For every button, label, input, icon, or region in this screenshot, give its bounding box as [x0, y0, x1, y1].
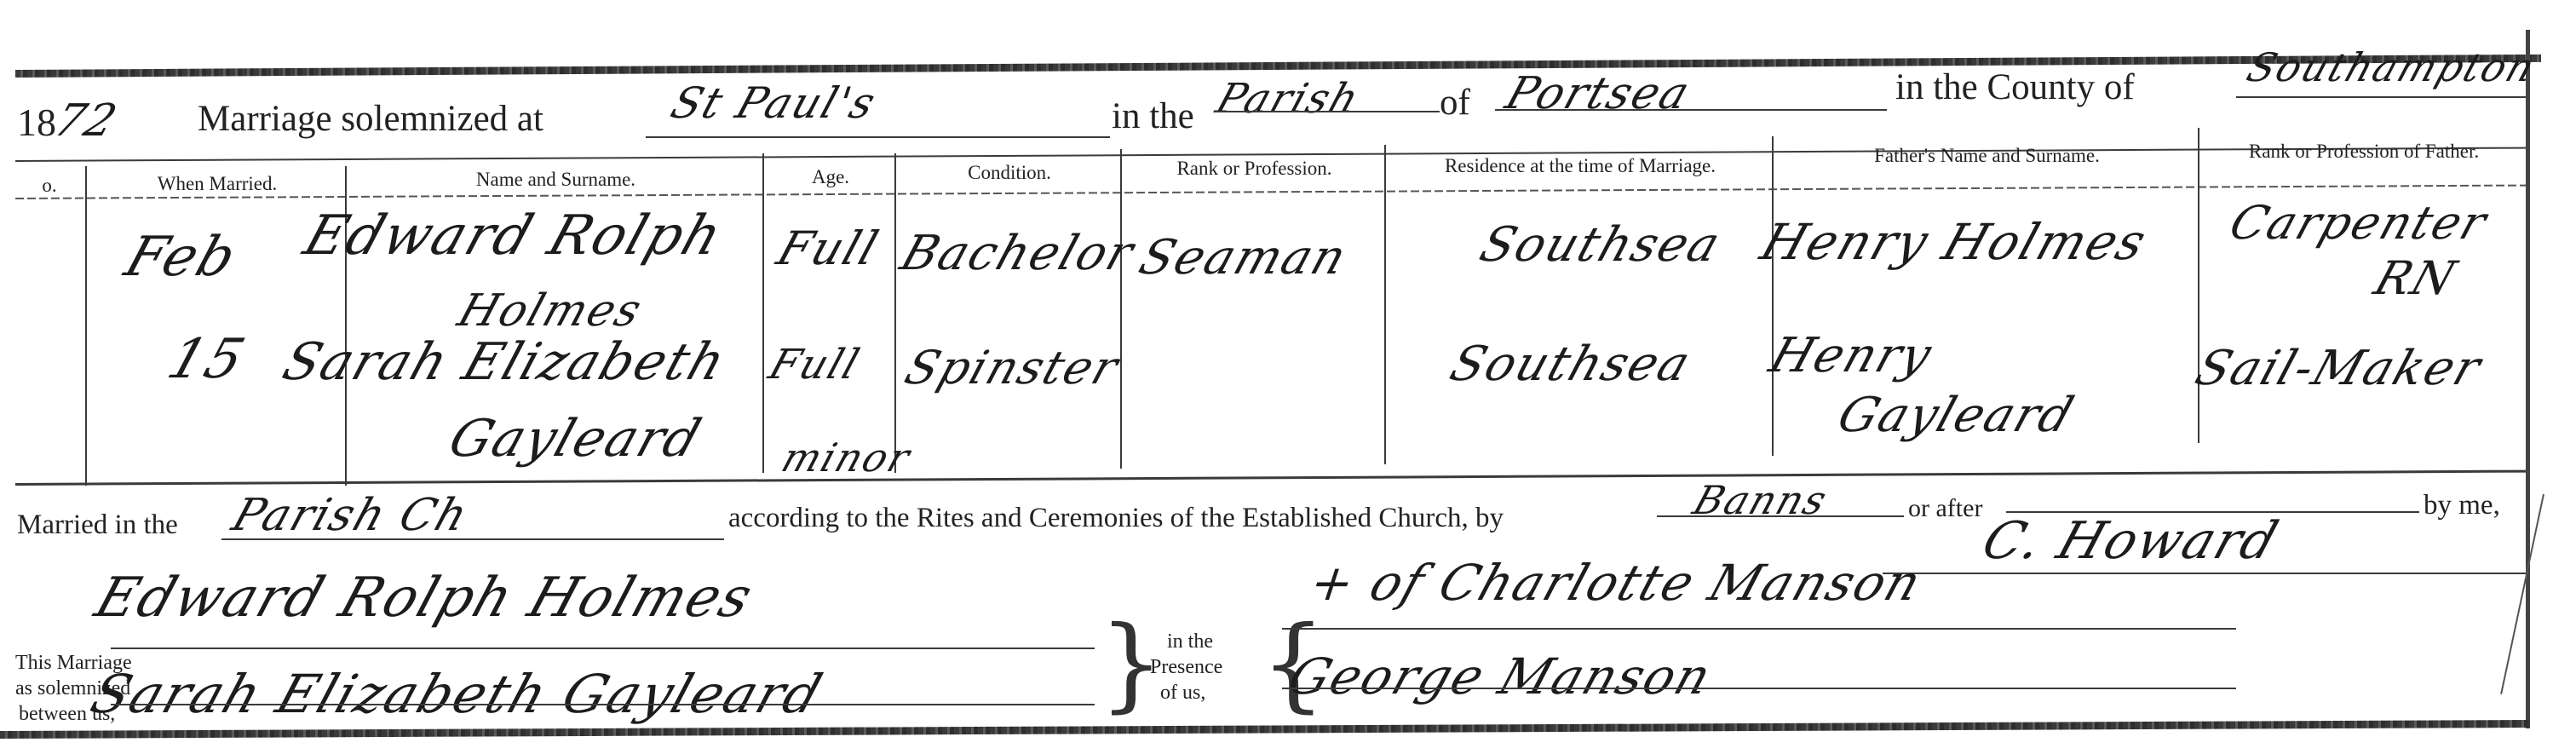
- bride-father-name-line2: Gayleard: [1831, 388, 2081, 443]
- marriage-register-entry: 1872 Marriage solemnized at St Paul's in…: [0, 0, 2576, 754]
- right-border: [2526, 30, 2530, 728]
- or-after-label: or after: [1908, 494, 1982, 523]
- groom-signature-underline: [111, 648, 1095, 649]
- bride-name-line2: Gayleard: [442, 409, 710, 469]
- col-header-rank: Rank or Profession.: [1124, 158, 1384, 180]
- presence-label-line1: in the: [1167, 630, 1213, 653]
- groom-name-line1: Edward Rolph: [296, 204, 731, 268]
- married-in-value: Parish Ch: [226, 490, 475, 541]
- solemnized-at-label: Marriage solemnized at: [198, 98, 543, 140]
- bride-father-name-line1: Henry: [1762, 328, 1940, 383]
- groom-name-line2: Holmes: [451, 285, 649, 337]
- bride-age-line3: minor: [776, 435, 917, 481]
- married-in-the-label: Married in the: [17, 509, 178, 541]
- witness2-signature: George Manson: [1281, 648, 1720, 705]
- col-divider-1: [85, 166, 87, 486]
- bride-signature-underline: [111, 704, 1095, 705]
- groom-residence: Southsea: [1473, 217, 1728, 273]
- bride-condition: Spinster: [899, 341, 1126, 394]
- district-type-underline: [1214, 111, 1440, 112]
- groom-father-rank-line2: RN: [2368, 251, 2464, 305]
- col-header-when-married: When Married.: [89, 173, 345, 195]
- solemnized-at-underline: [646, 136, 1110, 138]
- col-divider-5: [1120, 149, 1122, 469]
- top-border: [15, 55, 2541, 78]
- col-divider-3: [762, 153, 764, 473]
- solemnized-at-value: St Paul's: [665, 78, 883, 128]
- col-header-father-rank: Rank or Profession of Father.: [2202, 141, 2526, 163]
- bride-residence: Southsea: [1443, 337, 1698, 392]
- col-header-condition: Condition.: [899, 162, 1120, 184]
- col-divider-7: [1772, 136, 1774, 456]
- entry-bottom-rule: [15, 470, 2526, 486]
- witness2-underline: [1282, 688, 2236, 689]
- witness1-signature: + of Charlotte Manson: [1302, 554, 1929, 612]
- officiant-underline: [1883, 573, 2526, 574]
- bride-father-rank: Sail-Maker: [2188, 341, 2488, 396]
- married-in-underline: [221, 538, 724, 540]
- county-label: in the County of: [1895, 66, 2135, 108]
- year-label: 1872: [17, 95, 116, 147]
- place-value: Portsea: [1499, 68, 1697, 119]
- year-suffix-handwritten: 72: [48, 95, 124, 147]
- groom-father-name: Henry Holmes: [1754, 213, 2154, 271]
- col-header-no: o.: [24, 175, 75, 197]
- groom-rank: Seaman: [1132, 230, 1354, 285]
- presence-label-line2: Presence: [1150, 656, 1222, 679]
- bride-name-line1: Sarah Elizabeth: [276, 332, 734, 392]
- page-edge-line: [2500, 494, 2544, 694]
- groom-condition: Bachelor: [894, 226, 1141, 281]
- bride-age-line1: Full: [763, 341, 866, 389]
- of-label: of: [1440, 82, 1470, 124]
- by-me-label: by me,: [2424, 490, 2500, 521]
- groom-signature: Edward Rolph Holmes: [88, 567, 762, 630]
- county-value: Southampton: [2241, 44, 2542, 90]
- col-header-father-name: Father's Name and Surname.: [1776, 145, 2198, 167]
- col-divider-4: [894, 153, 896, 473]
- col-divider-6: [1384, 145, 1386, 464]
- county-underline: [2236, 96, 2526, 98]
- groom-age: Full: [771, 222, 886, 275]
- in-the-label: in the: [1112, 95, 1194, 137]
- col-header-name: Name and Surname.: [349, 169, 762, 191]
- presence-label-line3: of us,: [1160, 682, 1205, 705]
- when-married-month: Feb: [118, 226, 245, 289]
- rites-label: according to the Rites and Ceremonies of…: [728, 503, 1504, 534]
- witness1-underline: [1282, 628, 2236, 630]
- col-header-age: Age.: [767, 166, 894, 188]
- by-underline: [1657, 515, 1904, 517]
- district-type-value: Parish: [1210, 75, 1366, 123]
- bride-signature: Sarah Elizabeth Gayleard: [83, 663, 831, 725]
- col-header-residence: Residence at the time of Marriage.: [1389, 155, 1772, 177]
- officiant-signature: C. Howard: [1975, 511, 2286, 571]
- place-underline: [1495, 109, 1887, 111]
- groom-father-rank-line1: Carpenter: [2223, 196, 2495, 250]
- when-married-day: 15: [160, 328, 253, 391]
